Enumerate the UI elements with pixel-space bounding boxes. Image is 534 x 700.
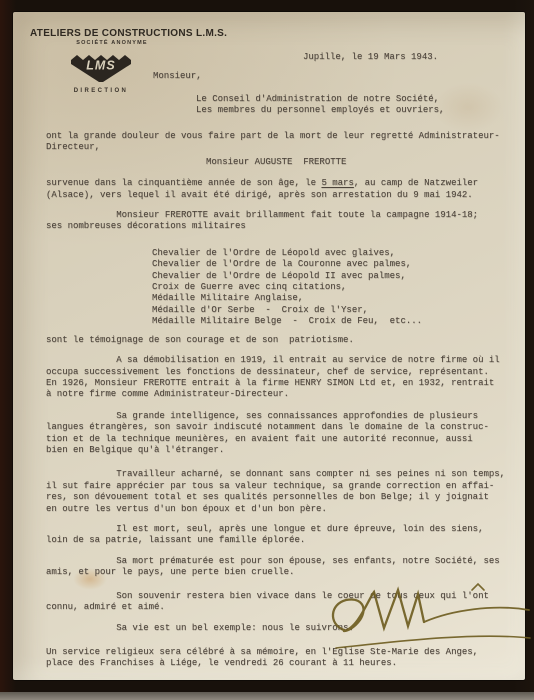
death-date-underlined: 5 mars <box>321 178 353 188</box>
letter-body: ont la grande douleur de vous faire part… <box>46 131 528 670</box>
campaign-paragraph: Monsieur FREROTTE avait brillamment fait… <box>46 210 528 233</box>
deceased-name: Monsieur AUGUSTE FREROTTE <box>206 157 528 168</box>
career-paragraph: A sa démobilisation en 1919, il entrait … <box>46 355 528 401</box>
photo-bottom-strip <box>0 692 534 700</box>
decoration-item: Médaille Militaire Belge - Croix de Feu,… <box>152 316 528 327</box>
photographed-letter: ATELIERS DE CONSTRUCTIONS L.M.S. SOCIÉTÉ… <box>0 0 534 700</box>
letter-paper: ATELIERS DE CONSTRUCTIONS L.M.S. SOCIÉTÉ… <box>13 12 525 680</box>
company-name: ATELIERS DE CONSTRUCTIONS L.M.S. <box>30 28 227 39</box>
qualities-paragraph: Sa grande intelligence, ses connaissance… <box>46 411 528 457</box>
death-paragraph: survenue dans la cinquantième année de s… <box>46 178 528 201</box>
salutation: Monsieur, <box>153 71 202 82</box>
legal-form: SOCIÉTÉ ANONYME <box>30 40 194 46</box>
died-alone-paragraph: Il est mort, seul, après une longue et d… <box>46 524 528 547</box>
death-text-pre: survenue dans la cinquantième année de s… <box>46 178 321 188</box>
date-line: Jupille, le 19 Mars 1943. <box>303 52 438 63</box>
decoration-item: Médaille d'Or Serbe - Croix de l'Yser, <box>152 305 528 316</box>
example-paragraph: Sa vie est un bel exemple: nous le suivr… <box>46 623 528 634</box>
memory-paragraph: Son souvenir restera bien vivace dans le… <box>46 591 528 614</box>
lead-paragraph: ont la grande douleur de vous faire part… <box>46 131 528 154</box>
lms-logo-icon: LMS <box>69 52 133 84</box>
intro-lines: Le Conseil d'Administration de notre Soc… <box>196 94 444 117</box>
decorations-list: Chevalier de l'Ordre de Léopold avec gla… <box>152 248 528 328</box>
direction-label: DIRECTION <box>67 88 135 94</box>
decoration-item: Médaille Militaire Anglaise, <box>152 293 528 304</box>
service-paragraph: Un service religieux sera célébré à sa m… <box>46 647 528 670</box>
worker-paragraph: Travailleur acharné, se donnant sans com… <box>46 469 528 515</box>
decoration-item: Croix de Guerre avec cinq citations, <box>152 282 528 293</box>
decoration-item: Chevalier de l'Ordre de Léopold avec gla… <box>152 248 528 259</box>
loss-paragraph: Sa mort prématurée est pour son épouse, … <box>46 556 528 579</box>
lms-logo-text: LMS <box>86 59 115 73</box>
decoration-item: Chevalier de l'Ordre de la Couronne avec… <box>152 259 528 270</box>
testimony-paragraph: sont le témoignage de son courage et de … <box>46 335 528 346</box>
decoration-item: Chevalier de l'Ordre de Léopold II avec … <box>152 271 528 282</box>
